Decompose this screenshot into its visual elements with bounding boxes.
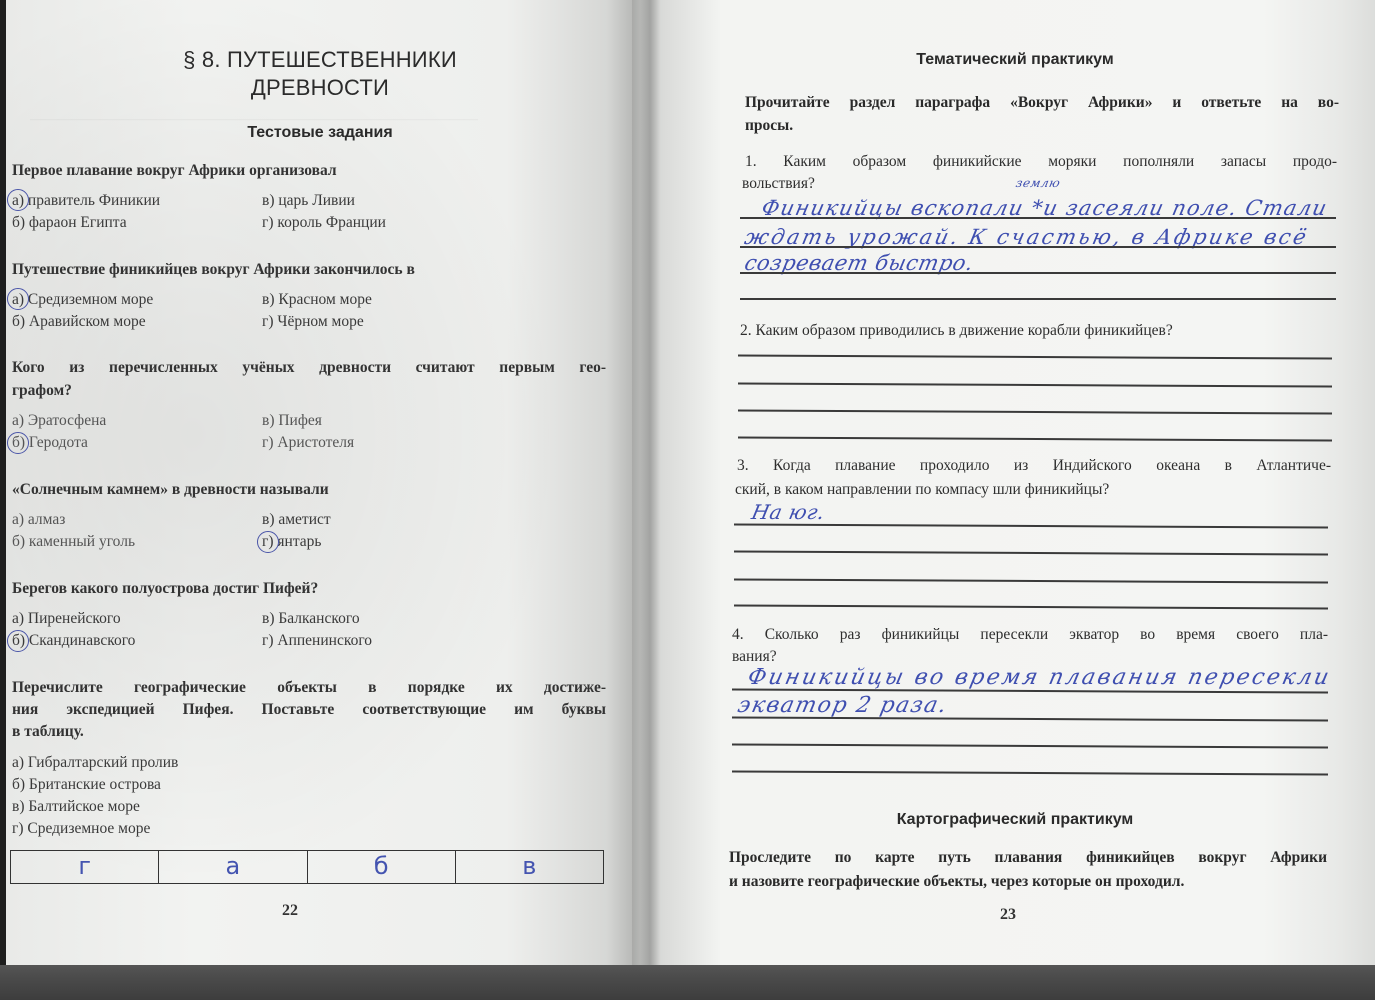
question-1-text: Первое плавание вокруг Африки организова… [12,160,337,182]
intro-line2: просы. [745,114,793,137]
chapter-title-line2: ДРЕВНОСТИ [120,74,520,102]
q1-option-b: б) фараон Египта [12,212,127,234]
q1-option-g: г) король Франции [262,212,386,234]
question-2-text: Путешествие финикийцев вокруг Африки зак… [12,259,415,281]
q2-option-g: г) Чёрном море [262,311,364,333]
ordering-item-g: г) Средиземное море [12,818,150,840]
q2-option-v: в) Красном море [262,289,372,311]
question-3-text-line1: Кого из перечисленных учёных древности с… [12,357,606,379]
ordering-item-v: в) Балтийское море [12,796,140,818]
answer-line[interactable] [740,298,1336,300]
question-5-text: Берегов какого полуострова достиг Пифей? [12,578,318,600]
answer-cell-2[interactable]: а [159,851,307,883]
answer-cell-4[interactable]: в [456,851,603,883]
section-heading-thematic: Тематический практикум [830,51,1200,69]
q3-option-g: г) Аристотеля [262,432,354,454]
answer-cell-1[interactable]: г [11,851,159,883]
handwritten-answer-4-line2: экватор 2 раза. [735,693,950,718]
chapter-title: § 8. ПУТЕШЕСТВЕННИКИ ДРЕВНОСТИ [120,46,520,102]
section-heading-tests: Тестовые задания [120,124,520,142]
scanned-workbook-spread: ———————————————————————————————— § 8. ПУ… [0,0,1375,1000]
page-number-right: 23 [1000,906,1016,924]
answer-line[interactable] [740,272,1336,274]
handwritten-answer-3: На юг. [749,500,827,524]
q1-option-v: в) царь Ливии [262,190,355,212]
handwritten-insert: землю [1015,176,1062,190]
answer-circle-mark [7,288,29,310]
page-number-left: 22 [282,902,298,920]
intro-line1: Прочитайте раздел параграфа «Вокруг Афри… [745,91,1339,114]
q3-option-v: в) Пифея [262,410,322,432]
ordering-task-line2: ния экспедицией Пифея. Поставьте соответ… [12,699,606,721]
q4-option-a: а) алмаз [12,509,65,531]
rq3-line2: ский, в каком направлении по компасу шли… [735,479,1109,501]
carto-text-line1: Проследите по карте путь плавания финики… [729,846,1327,869]
book-gutter [640,0,660,966]
answer-circle-mark [7,189,29,211]
q3-option-a: а) Эратосфена [12,410,106,432]
q2-option-a: а) Средиземном море [12,289,153,311]
answer-circle-mark [257,531,279,553]
ordering-item-a: а) Гибралтарский пролив [12,752,178,774]
question-4-text: «Солнечным камнем» в древности называли [12,479,329,501]
q4-option-v: в) аметист [262,509,331,531]
rq1-line1: 1. Каким образом финикийские моряки попо… [745,151,1337,173]
ordering-item-b: б) Британские острова [12,774,161,796]
q5-option-a: а) Пиренейского [12,608,121,630]
q5-option-b: б) Скандинавского [12,630,135,652]
ordering-task-line3: в таблицу. [12,721,84,743]
question-3-text-line2: графом? [12,380,72,402]
carto-text-line2: и назовите географические объекты, через… [729,870,1184,893]
section-heading-cartographic: Картографический практикум [830,811,1200,829]
q4-option-b: б) каменный уголь [12,531,135,553]
answer-cell-3[interactable]: б [308,851,456,883]
answer-circle-mark [7,630,29,652]
ordering-task-line1: Перечислите географические объекты в пор… [12,677,606,699]
rq2-line1: 2. Каким образом приводились в движение … [740,320,1173,342]
handwritten-answer-4-line1: Финикийцы во время плавания пересекли [745,665,1333,690]
q5-option-g: г) Аппенинского [262,630,372,652]
chapter-title-line1: § 8. ПУТЕШЕСТВЕННИКИ [120,46,520,74]
ordering-answer-table: г а б в [10,850,604,884]
scanner-bottom-border [0,965,1375,1000]
rq1-line2: вольствия? [742,173,815,195]
answer-line[interactable] [740,217,1336,219]
rq4-line1: 4. Сколько раз финикийцы пересекли экват… [732,624,1328,646]
q2-option-b: б) Аравийском море [12,311,146,333]
answer-line[interactable] [740,246,1336,248]
rq3-line1: 3. Когда плавание проходило из Индийског… [737,455,1331,477]
answer-circle-mark [7,432,29,454]
q5-option-v: в) Балканского [262,608,360,630]
q1-option-a: а) правитель Финикии [12,190,160,212]
